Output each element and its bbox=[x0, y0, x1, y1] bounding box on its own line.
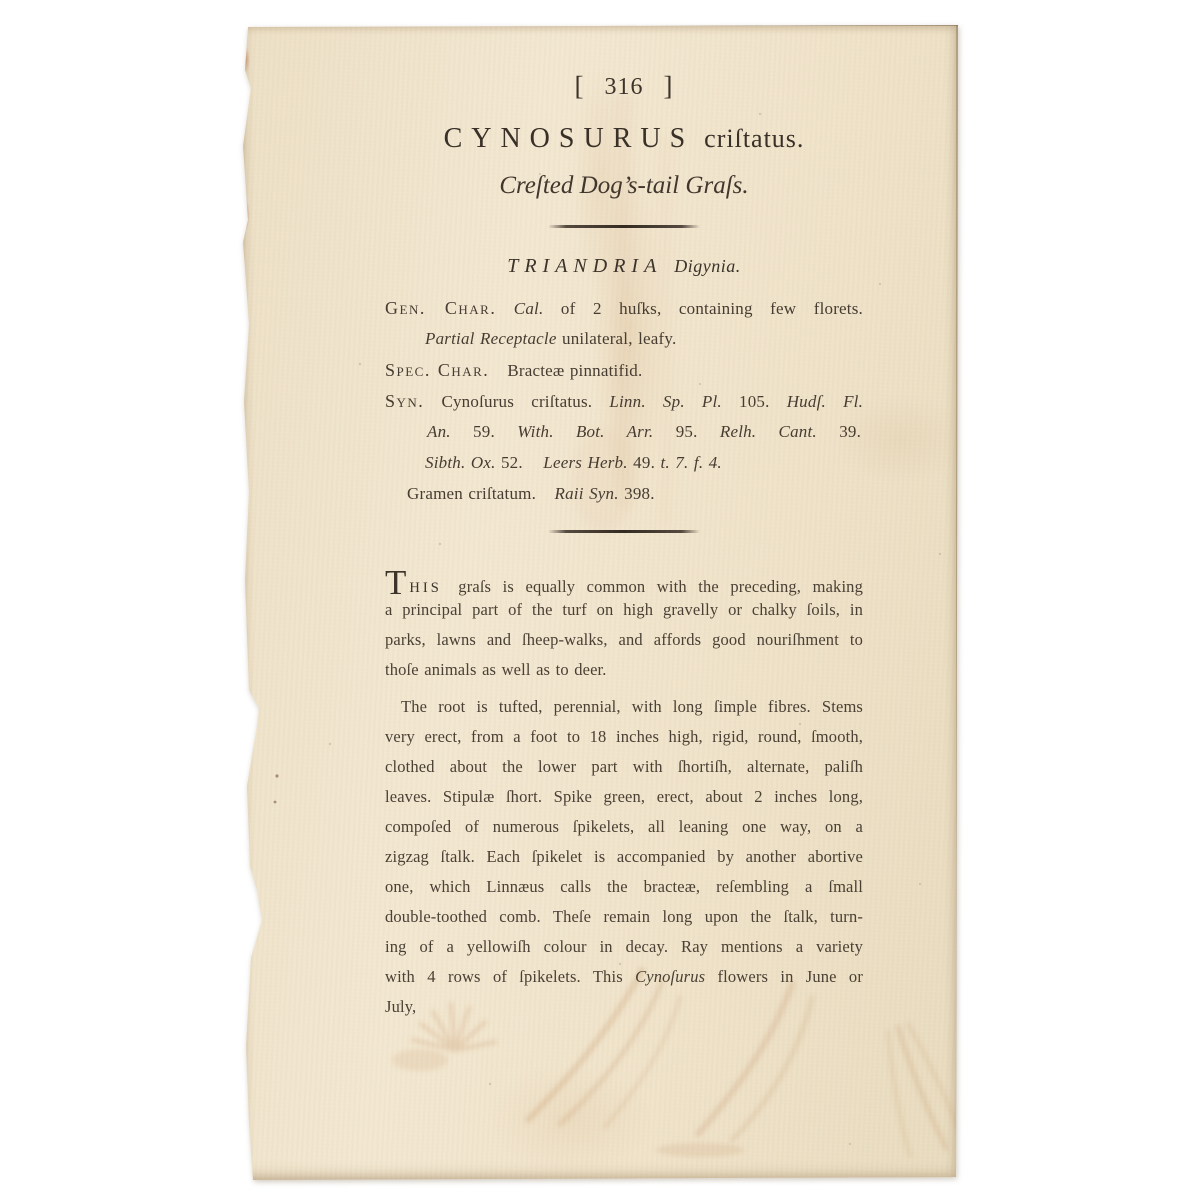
genus-name-italic: Cynoſurus bbox=[635, 967, 705, 986]
common-name: Creſted Dog’s-tail Graſs. bbox=[385, 172, 863, 200]
syn-ref-with: With. Bot. Arr. bbox=[517, 422, 653, 441]
syn-num-leers: 49. bbox=[633, 453, 655, 472]
body-text-line: parks, lawns and ſheep-walks, and afford… bbox=[385, 625, 863, 655]
body-text-line: clothed about the lower part with ſhorti… bbox=[385, 752, 863, 782]
syn-num-sibth: 52. bbox=[501, 453, 523, 472]
syn-name: Cynoſurus criſtatus. bbox=[441, 392, 592, 411]
spec-char-text: Bracteæ pinnatifid. bbox=[507, 361, 642, 380]
body-text-line: THIS graſs is equally common with the pr… bbox=[385, 565, 863, 595]
classification-line: TRIANDRIADigynia. bbox=[385, 255, 863, 278]
text-column: [316] CYNOSURUScriſtatus. Creſted Dog’s-… bbox=[385, 24, 863, 1180]
divider-rule-top bbox=[548, 225, 700, 228]
gen-char-text: of 2 huſks, containing few florets. bbox=[561, 299, 863, 318]
body-text: with 4 rows of ſpikelets. This bbox=[385, 967, 623, 986]
syn-num-an: 59. bbox=[473, 422, 495, 441]
syn-num-relh: 39. bbox=[839, 422, 861, 441]
body-paragraph-1: THIS graſs is equally common with the pr… bbox=[385, 565, 863, 685]
binding-stain bbox=[244, 870, 255, 922]
synonym-line-2: An. 59. With. Bot. Arr. 95. Relh. Cant. … bbox=[385, 420, 863, 444]
title-genus: CYNOSURUS bbox=[444, 123, 695, 154]
book-page-wrap: [316] CYNOSURUScriſtatus. Creſted Dog’s-… bbox=[240, 24, 958, 1180]
body-text-line: very erect, from a foot to 18 inches hig… bbox=[385, 722, 863, 752]
linnaean-class: TRIANDRIA bbox=[507, 255, 662, 277]
synonym-line-3: Sibth. Ox. 52. Leers Herb. 49. t. 7. f. … bbox=[385, 451, 863, 475]
page-number: [316] bbox=[385, 70, 863, 101]
generic-character-line: Gen. Char. Cal. of 2 huſks, containing f… bbox=[385, 296, 863, 321]
specific-character-line: Spec. Char.Bracteæ pinnatifid. bbox=[385, 358, 863, 383]
partial-receptacle-term: Partial Receptacle bbox=[425, 329, 557, 348]
syn-ref-leers: Leers Herb. bbox=[543, 453, 627, 472]
divider-rule-middle bbox=[548, 530, 700, 533]
syn-ref-sibth: Sibth. Ox. bbox=[425, 453, 496, 472]
body-text-line: zigzag ſtalk. Each ſpikelet is accompani… bbox=[385, 842, 863, 872]
syn-label: Syn. bbox=[385, 391, 424, 411]
syn-ref-relh: Relh. Cant. bbox=[720, 422, 817, 441]
syn-ref-an: An. bbox=[427, 422, 451, 441]
page-number-value: 316 bbox=[605, 74, 644, 100]
syn-ref-plate: t. 7. f. 4. bbox=[660, 453, 721, 472]
body-text: flowers in June or bbox=[718, 967, 863, 986]
body-text-line: a principal part of the turf on high gra… bbox=[385, 595, 863, 625]
gramen-name: Gramen criſtatum. bbox=[407, 484, 536, 503]
synonym-line-1: Syn. Cynoſurus criſtatus. Linn. Sp. Pl. … bbox=[385, 389, 863, 414]
body-text: graſs is equally common with the precedi… bbox=[458, 577, 863, 596]
gramen-ref: Raii Syn. bbox=[554, 484, 618, 503]
lead-in-caps: HIS bbox=[409, 580, 441, 596]
body-text-line: compoſed of numerous ſpikelets, all lean… bbox=[385, 812, 863, 842]
gen-char-label: Gen. Char. bbox=[385, 298, 496, 318]
body-text-line: thoſe animals as well as to deer. bbox=[385, 655, 863, 685]
page-number-bracket-left: [ bbox=[575, 71, 585, 101]
book-page: [316] CYNOSURUScriſtatus. Creſted Dog’s-… bbox=[240, 24, 958, 1180]
gen-char-term: Cal. bbox=[514, 299, 544, 318]
syn-num-linn: 105. bbox=[739, 392, 770, 411]
page-number-bracket-right: ] bbox=[664, 71, 674, 101]
syn-num-with: 95. bbox=[676, 422, 698, 441]
spec-char-label: Spec. Char. bbox=[385, 360, 489, 380]
synonym-line-gramen: Gramen criſtatum. Raii Syn. 398. bbox=[385, 482, 863, 506]
partial-receptacle-line: Partial Receptacle unilateral, leafy. bbox=[385, 327, 863, 351]
body-text-line: one, which Linnæus calls the bracteæ, re… bbox=[385, 872, 863, 902]
body-paragraph-2: The root is tufted, perennial, with long… bbox=[385, 692, 863, 1022]
body-text-line: July, bbox=[385, 992, 863, 1022]
body-text-line: The root is tufted, perennial, with long… bbox=[385, 692, 863, 722]
body-text-line: leaves. Stipulæ ſhort. Spike green, erec… bbox=[385, 782, 863, 812]
syn-ref-huds: Hudſ. Fl. bbox=[787, 392, 863, 411]
body-text-line: double-toothed comb. Theſe remain long u… bbox=[385, 902, 863, 932]
syn-ref-linn: Linn. Sp. Pl. bbox=[609, 392, 722, 411]
species-title: CYNOSURUScriſtatus. bbox=[385, 123, 863, 155]
partial-receptacle-text: unilateral, leafy. bbox=[562, 329, 676, 348]
gramen-num: 398. bbox=[624, 484, 655, 503]
linnaean-order: Digynia. bbox=[674, 256, 741, 276]
title-species-epithet: criſtatus. bbox=[704, 124, 804, 153]
body-text-line: with 4 rows of ſpikelets. This Cynoſurus… bbox=[385, 962, 863, 992]
scan-background: { "page_number": { "bracket_open": "[", … bbox=[0, 0, 1200, 1200]
binding-stain bbox=[242, 316, 249, 331]
body-text-line: ing of a yellowiſh colour in decay. Ray … bbox=[385, 932, 863, 962]
